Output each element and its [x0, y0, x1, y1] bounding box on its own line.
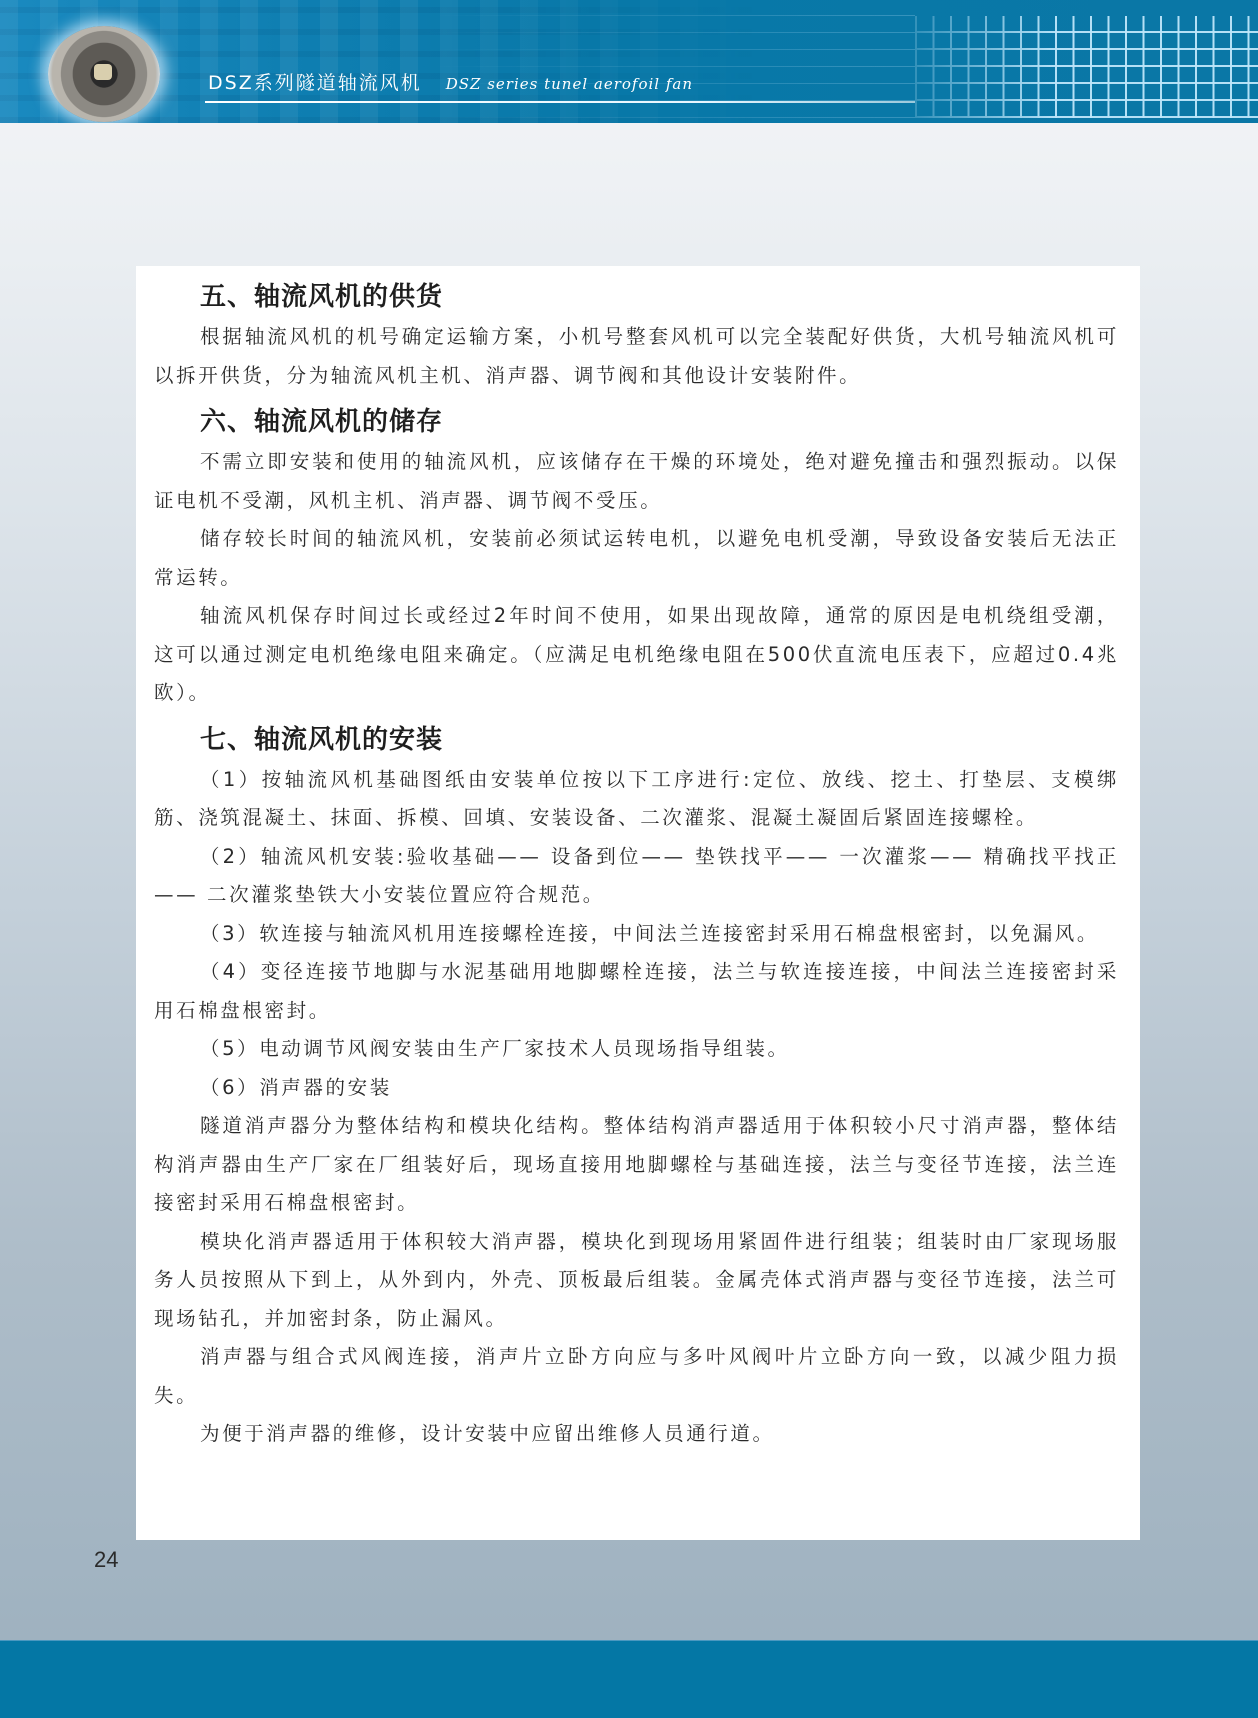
- paragraph: 储存较长时间的轴流风机，安装前必须试运转电机，以避免电机受潮，导致设备安装后无法…: [154, 520, 1119, 597]
- header-stripe-lines: [420, 0, 915, 123]
- section-heading: 七、轴流风机的安装: [154, 719, 1119, 761]
- header-grid-pattern: [915, 16, 1258, 118]
- paragraph: 为便于消声器的维修，设计安装中应留出维修人员通行道。: [154, 1415, 1119, 1454]
- paragraph-step-6: （6）消声器的安装: [154, 1069, 1119, 1108]
- paragraph: 根据轴流风机的机号确定运输方案，小机号整套风机可以完全装配好供货，大机号轴流风机…: [154, 318, 1119, 395]
- content-panel: 五、轴流风机的供货 根据轴流风机的机号确定运输方案，小机号整套风机可以完全装配好…: [136, 266, 1140, 1540]
- paragraph-step-2: （2）轴流风机安装:验收基础—— 设备到位—— 垫铁找平—— 一次灌浆—— 精确…: [154, 838, 1119, 915]
- paragraph-step-3: （3）软连接与轴流风机用连接螺栓连接，中间法兰连接密封采用石棉盘根密封，以免漏风…: [154, 915, 1119, 954]
- header-title: DSZ系列隧道轴流风机 DSZ series tunel aerofoil fa…: [208, 68, 693, 98]
- section-installation: 七、轴流风机的安装 （1）按轴流风机基础图纸由安装单位按以下工序进行:定位、放线…: [154, 719, 1119, 1454]
- section-heading: 六、轴流风机的储存: [154, 401, 1119, 443]
- paragraph: 轴流风机保存时间过长或经过2年时间不使用，如果出现故障，通常的原因是电机绕组受潮…: [154, 597, 1119, 713]
- page-number: 24: [94, 1547, 118, 1573]
- section-storage: 六、轴流风机的储存 不需立即安装和使用的轴流风机，应该储存在干燥的环境处，绝对避…: [154, 401, 1119, 713]
- fan-hub-icon: [94, 64, 112, 80]
- paragraph: 不需立即安装和使用的轴流风机，应该储存在干燥的环境处，绝对避免撞击和强烈振动。以…: [154, 443, 1119, 520]
- paragraph-step-1: （1）按轴流风机基础图纸由安装单位按以下工序进行:定位、放线、挖土、打垫层、支模…: [154, 761, 1119, 838]
- paragraph: 消声器与组合式风阀连接，消声片立卧方向应与多叶风阀叶片立卧方向一致，以减少阻力损…: [154, 1338, 1119, 1415]
- header-underline: [205, 101, 915, 103]
- paragraph: 模块化消声器适用于体积较大消声器，模块化到现场用紧固件进行组装；组装时由厂家现场…: [154, 1223, 1119, 1339]
- axial-fan-image: [48, 26, 160, 122]
- section-heading: 五、轴流风机的供货: [154, 276, 1119, 318]
- section-supply: 五、轴流风机的供货 根据轴流风机的机号确定运输方案，小机号整套风机可以完全装配好…: [154, 276, 1119, 395]
- header-title-en: DSZ series tunel aerofoil fan: [446, 75, 693, 93]
- paragraph-step-5: （5）电动调节风阀安装由生产厂家技术人员现场指导组装。: [154, 1030, 1119, 1069]
- header-title-cn: DSZ系列隧道轴流风机: [208, 68, 422, 95]
- header-banner: DSZ系列隧道轴流风机 DSZ series tunel aerofoil fa…: [0, 0, 1258, 123]
- paragraph: 隧道消声器分为整体结构和模块化结构。整体结构消声器适用于体积较小尺寸消声器，整体…: [154, 1107, 1119, 1223]
- paragraph-step-4: （4）变径连接节地脚与水泥基础用地脚螺栓连接，法兰与软连接连接，中间法兰连接密封…: [154, 953, 1119, 1030]
- document-body: 五、轴流风机的供货 根据轴流风机的机号确定运输方案，小机号整套风机可以完全装配好…: [154, 276, 1119, 1454]
- footer-band: [0, 1640, 1258, 1718]
